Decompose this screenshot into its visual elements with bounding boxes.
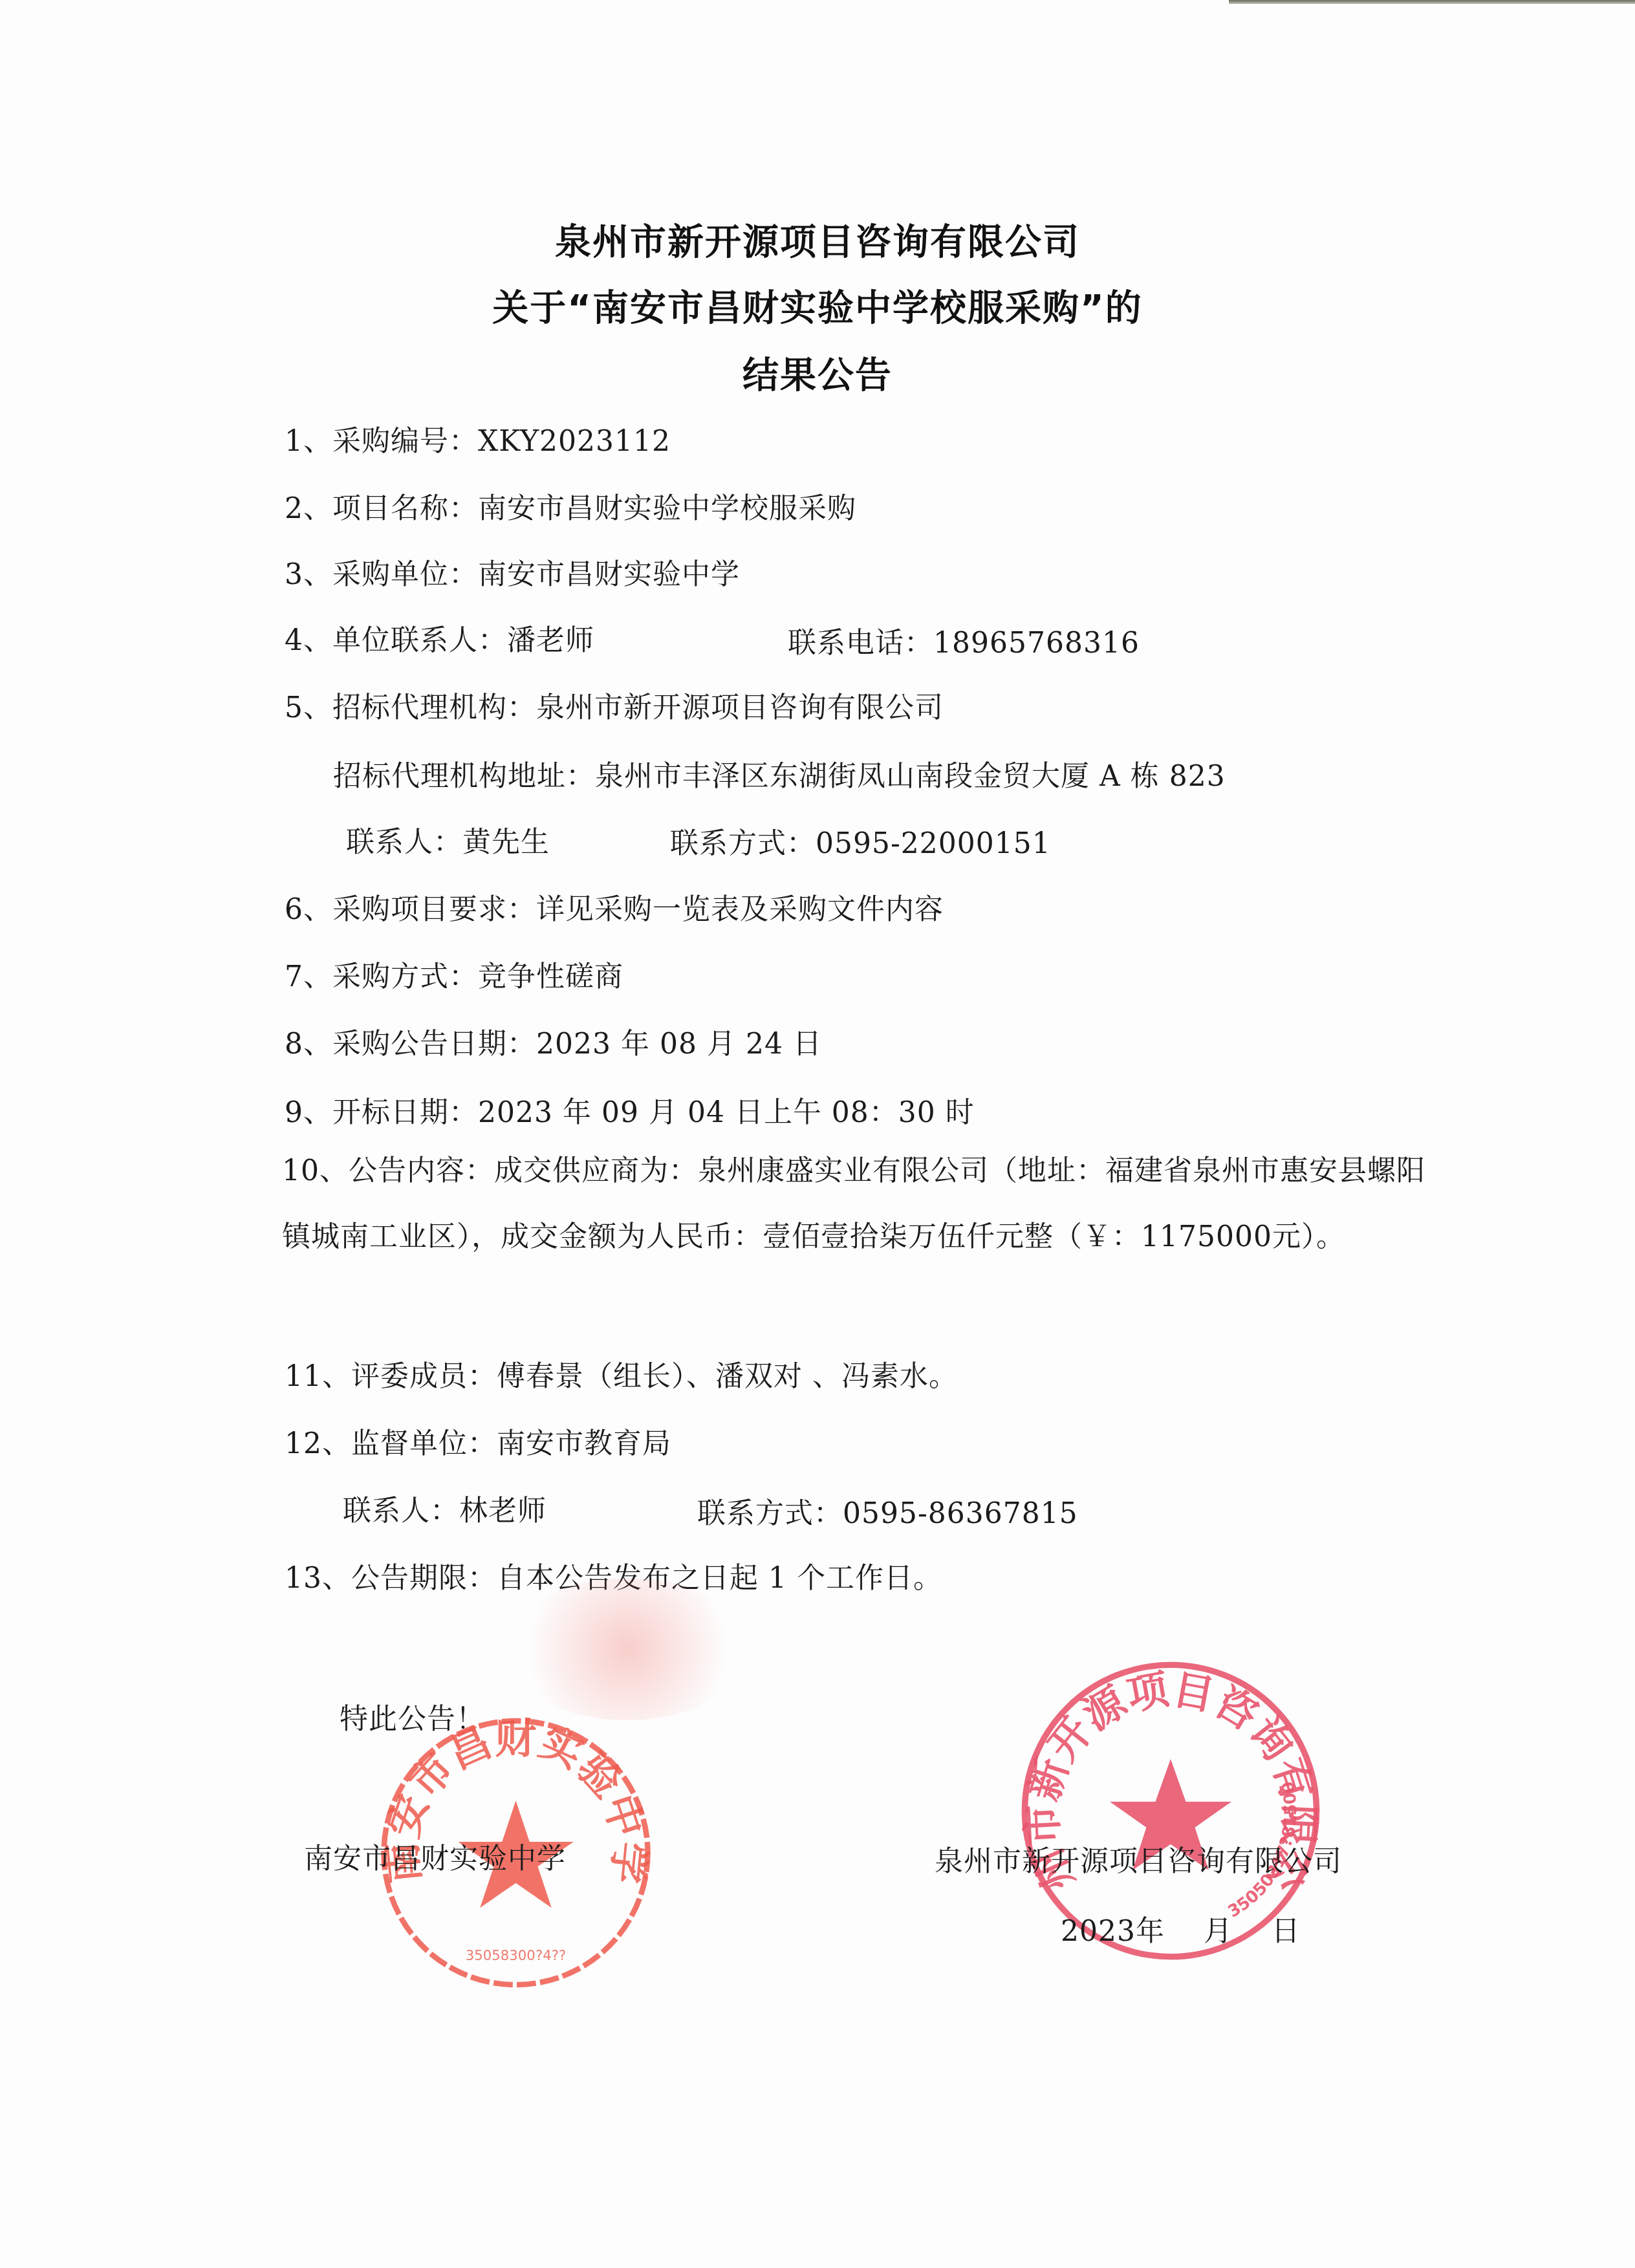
item-supervisor: 12、监督单位：南安市教育局 <box>285 1420 671 1462</box>
item-value: 详见采购一览表及采购文件内容 <box>536 893 944 926</box>
item-label: 13、公告期限： <box>285 1562 497 1595</box>
item-label: 4、单位联系人： <box>285 624 507 657</box>
item-agency-contact: 联系人：黄先生 <box>346 819 550 860</box>
title-company: 泉州市新开源项目咨询有限公司 <box>0 213 1635 265</box>
item-value: 0595-22000151 <box>816 827 1051 860</box>
item-value: 南安市教育局 <box>497 1427 671 1460</box>
item-value: 南安市昌财实验中学校服采购 <box>478 492 856 525</box>
item-label: 2、项目名称： <box>285 492 478 525</box>
item-label: 7、采购方式： <box>285 960 478 993</box>
item-label: 6、采购项目要求： <box>285 893 536 926</box>
item-procurement-unit: 3、采购单位：南安市昌财实验中学 <box>285 551 740 592</box>
item-label: 联系方式： <box>670 827 816 860</box>
item-agency-address: 招标代理机构地址：泉州市丰泽区东湖街凤山南段金贸大厦 A 栋 823 <box>333 753 1226 794</box>
item-supervisor-phone: 联系方式：0595-86367815 <box>697 1490 1078 1531</box>
item-label: 11、评委成员： <box>285 1360 497 1393</box>
item-value: 潘老师 <box>507 624 594 657</box>
item-value: 0595-86367815 <box>843 1497 1078 1530</box>
item-label: 联系方式： <box>697 1497 843 1530</box>
item-agency: 5、招标代理机构：泉州市新开源项目咨询有限公司 <box>285 684 944 726</box>
item-value: 泉州市新开源项目咨询有限公司 <box>536 691 944 724</box>
item-project-name: 2、项目名称：南安市昌财实验中学校服采购 <box>285 485 856 526</box>
item-announcement-content: 10、公告内容：成交供应商为：泉州康盛实业有限公司（地址：福建省泉州市惠安县螺阳… <box>282 1138 1453 1270</box>
item-unit-phone: 联系电话：18965768316 <box>788 620 1140 661</box>
item-value: 黄先生 <box>462 826 550 859</box>
ink-smudge <box>504 1578 750 1720</box>
item-label: 联系电话： <box>788 627 933 660</box>
item-supervisor-contact: 联系人：林老师 <box>343 1487 547 1529</box>
item-value: 2023 年 08 月 24 日 <box>536 1028 822 1061</box>
item-label: 5、招标代理机构： <box>285 691 536 724</box>
signature-school: 南安市昌财实验中学 <box>304 1835 566 1877</box>
item-label: 招标代理机构地址： <box>333 760 595 793</box>
signature-agency: 泉州市新开源项目咨询有限公司 <box>935 1838 1342 1879</box>
title-notice: 结果公告 <box>0 347 1635 398</box>
item-label: 3、采购单位： <box>285 558 478 591</box>
title-subject: 关于“南安市昌财实验中学校服采购”的 <box>0 279 1635 331</box>
item-label: 联系人： <box>343 1495 459 1528</box>
item-notice-date: 8、采购公告日期：2023 年 08 月 24 日 <box>285 1021 822 1062</box>
item-label: 联系人： <box>346 826 462 859</box>
item-value: 18965768316 <box>933 627 1140 660</box>
item-evaluators: 11、评委成员：傅春景（组长）、潘双对 、冯素水。 <box>285 1353 958 1394</box>
closing-statement: 特此公告！ <box>340 1696 485 1737</box>
item-label: 10、公告内容： <box>282 1154 494 1187</box>
item-agency-phone: 联系方式：0595-22000151 <box>670 820 1051 861</box>
item-value: 竞争性磋商 <box>478 960 623 993</box>
item-procurement-number: 1、采购编号：XKY2023112 <box>285 418 671 459</box>
item-label: 8、采购公告日期： <box>285 1028 536 1061</box>
item-value: XKY2023112 <box>478 425 671 458</box>
item-opening-date: 9、开标日期：2023 年 09 月 04 日上午 08：30 时 <box>285 1089 975 1130</box>
item-label: 12、监督单位： <box>285 1427 497 1460</box>
item-value: 傅春景（组长）、潘双对 、冯素水。 <box>497 1360 958 1393</box>
item-value: 南安市昌财实验中学 <box>478 558 740 591</box>
item-value: 2023 年 09 月 04 日上午 08：30 时 <box>478 1096 975 1129</box>
item-requirements: 6、采购项目要求：详见采购一览表及采购文件内容 <box>285 886 944 927</box>
item-value: 林老师 <box>459 1495 547 1528</box>
signature-date: 2023年 月 日 <box>1061 1908 1301 1949</box>
item-unit-contact: 4、单位联系人：潘老师 <box>285 617 594 658</box>
item-label: 9、开标日期： <box>285 1096 478 1129</box>
item-method: 7、采购方式：竞争性磋商 <box>285 953 623 995</box>
scan-edge <box>1229 0 1635 4</box>
svg-text:35058300?4??: 35058300?4?? <box>466 1948 567 1964</box>
item-label: 1、采购编号： <box>285 425 478 458</box>
item-value: 泉州市丰泽区东湖街凤山南段金贸大厦 A 栋 823 <box>595 760 1226 793</box>
